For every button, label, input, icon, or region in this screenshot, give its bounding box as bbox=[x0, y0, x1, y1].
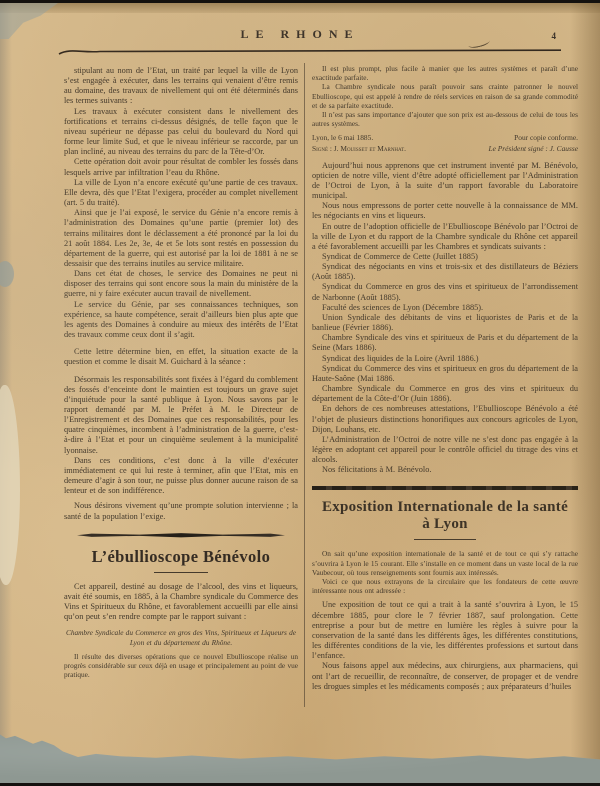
ebullioscope-article-title: L’ébullioscope Bénévolo bbox=[64, 547, 298, 567]
article-paragraph: Désormais les responsabilités sont fixée… bbox=[64, 375, 298, 456]
endorsement-item: Syndicat des liquides de la Loire (Avril… bbox=[312, 354, 578, 364]
article-paragraph: Le service du Génie, par ses connaissanc… bbox=[64, 300, 298, 341]
article-paragraph: Nous désirons vivement qu’une prompte so… bbox=[64, 501, 298, 521]
article-paragraph: Nous nous empressons de porter cette nou… bbox=[312, 201, 578, 221]
title-underline bbox=[414, 539, 476, 540]
endorsement-item: Syndicat de Commerce de Cette (Juillet 1… bbox=[312, 252, 578, 262]
signature-row-date: Lyon, le 6 mai 1885. Pour copie conforme… bbox=[312, 133, 578, 143]
article-paragraph: Cet appareil, destiné au dosage de l’alc… bbox=[64, 582, 298, 623]
citation-line: Chambre Syndicale du Commerce en gros de… bbox=[64, 628, 298, 646]
newspaper-page: LE RHONE 4 stipulant au nom de l’Etat, u… bbox=[0, 3, 600, 786]
page-number: 4 bbox=[552, 31, 557, 41]
article-paragraph: stipulant au nom de l’Etat, un traité pa… bbox=[64, 66, 298, 107]
report-paragraph: Il n’est pas sans importance d’ajouter q… bbox=[312, 110, 578, 128]
article-paragraph: Cette lettre détermine bien, en effet, l… bbox=[64, 347, 298, 367]
signature-signed: Signé : J. Mouisset et Marnhat. bbox=[312, 144, 406, 154]
endorsement-item: Union Syndicale des débitants de vins et… bbox=[312, 313, 578, 333]
heavy-section-rule bbox=[312, 486, 578, 490]
signature-president: Le Président signé : J. Causse bbox=[489, 144, 579, 154]
report-paragraph: La Chambre syndicale nous paraît pouvoir… bbox=[312, 82, 578, 110]
article-paragraph: La ville de Lyon n’a encore exécuté qu’u… bbox=[64, 178, 298, 208]
article-paragraph: L’Administration de l’Octroi de notre vi… bbox=[312, 435, 578, 465]
report-paragraph: Il est plus prompt, plus facile à manier… bbox=[312, 64, 578, 82]
endorsement-item: Syndicat des négociants en vins et trois… bbox=[312, 262, 578, 282]
left-column: stipulant au nom de l’Etat, un traité pa… bbox=[64, 66, 298, 679]
article-paragraph: En outre de l’adoption officielle de l’E… bbox=[312, 222, 578, 252]
article-paragraph: En dehors de ces nombreuses attestations… bbox=[312, 404, 578, 434]
report-excerpt-paragraph: Il résulte des diverses opérations que c… bbox=[64, 652, 298, 680]
signature-date: Lyon, le 6 mai 1885. bbox=[312, 133, 373, 143]
signature-copy: Pour copie conforme. bbox=[514, 133, 578, 143]
right-column: Il est plus prompt, plus facile à manier… bbox=[312, 64, 578, 692]
article-paragraph: Ainsi que je l’ai exposé, le service du … bbox=[64, 208, 298, 269]
article-paragraph: On sait qu’une exposition internationale… bbox=[312, 549, 578, 577]
newspaper-scan: LE RHONE 4 stipulant au nom de l’Etat, u… bbox=[0, 0, 600, 786]
endorsement-item: Chambre Syndicale du Commerce en gros de… bbox=[312, 384, 578, 404]
article-paragraph: Dans cet état de choses, le service des … bbox=[64, 269, 298, 299]
signature-row-names: Signé : J. Mouisset et Marnhat. Le Prési… bbox=[312, 144, 578, 154]
exposition-article-title: Exposition Internationale de la santé à … bbox=[318, 499, 572, 533]
title-underline bbox=[154, 572, 208, 573]
article-paragraph: Les travaux à exécuter consistent dans l… bbox=[64, 107, 298, 158]
article-paragraph: Aujourd’hui nous apprenons que cet instr… bbox=[312, 161, 578, 202]
article-paragraph: Nous faisons appel aux médecins, aux chi… bbox=[312, 661, 578, 691]
endorsement-item: Syndicat du Commerce des vins et spiritu… bbox=[312, 364, 578, 384]
endorsement-item: Faculté des sciences de Lyon (Décembre 1… bbox=[312, 303, 578, 313]
article-paragraph: Voici ce que nous extrayons de la circul… bbox=[312, 577, 578, 595]
column-rule bbox=[304, 63, 305, 707]
article-paragraph: Dans ces conditions, c’est donc à la vil… bbox=[64, 456, 298, 497]
article-paragraph: Cette opération doit avoir pour résultat… bbox=[64, 157, 298, 177]
endorsement-item: Chambre Syndicale des vins et spiritueux… bbox=[312, 333, 578, 353]
header-rule bbox=[56, 43, 564, 61]
article-paragraph: Une exposition de tout ce qui a trait à … bbox=[312, 600, 578, 661]
newspaper-title: LE RHONE bbox=[0, 27, 600, 42]
torn-edge-patch bbox=[0, 385, 20, 585]
edge-mark bbox=[0, 261, 14, 287]
top-fold-shadow bbox=[0, 3, 600, 13]
article-paragraph: Nos félicitations à M. Bénévolo. bbox=[312, 465, 578, 475]
endorsement-item: Syndicat du Commerce en gros des vins et… bbox=[312, 282, 578, 302]
section-divider-ornament bbox=[77, 533, 285, 538]
